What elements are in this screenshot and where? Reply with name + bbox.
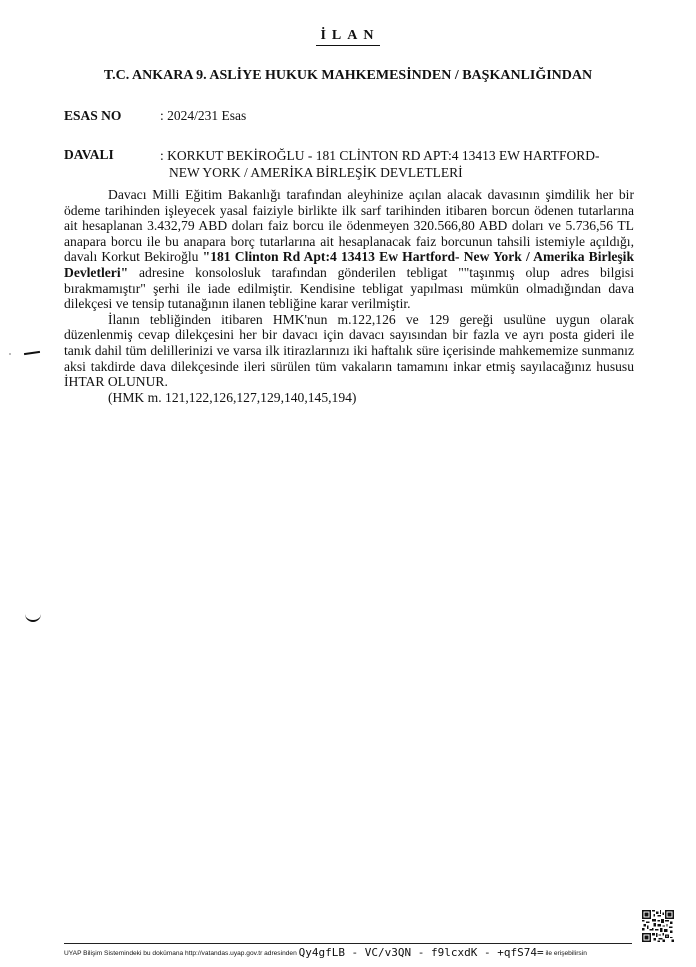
notice-body: Davacı Milli Eğitim Bakanlığı tarafından… [64,187,634,405]
qr-code-icon[interactable] [642,910,674,942]
davali-value: : KORKUT BEKİROĞLU - 181 CLİNTON RD APT:… [160,147,640,181]
esas-no-value: : 2024/231 Esas [160,108,640,124]
verification-code: Qy4gfLB - VC/v3QN - f9lcxdK - +qfS74= [299,946,544,959]
paragraph-warning: İlanın tebliğinden itibaren HMK'nun m.12… [64,312,634,390]
footer-prefix: UYAP Bilişim Sistemindeki bu dokümana ht… [64,950,299,957]
esas-no-label: ESAS NO [64,108,154,124]
scan-speck [9,353,11,355]
footer-suffix: ile erişebilirsin [544,950,587,957]
page-title-text: İLAN [316,28,379,46]
court-heading: T.C. ANKARA 9. ASLİYE HUKUK MAHKEMESİNDE… [0,68,696,84]
margin-dash-mark [24,351,40,355]
page-title: İLAN [0,28,696,46]
footer-divider [64,943,632,944]
paragraph-claim-text-2: adresine konsolosluk tarafından gönderil… [64,265,634,311]
davali-value-line1: : KORKUT BEKİROĞLU - 181 CLİNTON RD APT:… [160,148,600,163]
margin-curve-mark [25,614,41,622]
footer-verification: UYAP Bilişim Sistemindeki bu dokümana ht… [64,946,634,959]
paragraph-claim: Davacı Milli Eğitim Bakanlığı tarafından… [64,187,634,312]
davali-value-line2: NEW YORK / AMERİKA BİRLEŞİK DEVLETLERİ [160,164,640,181]
davali-label: DAVALI [64,147,154,163]
legal-reference: (HMK m. 121,122,126,127,129,140,145,194) [64,390,634,406]
